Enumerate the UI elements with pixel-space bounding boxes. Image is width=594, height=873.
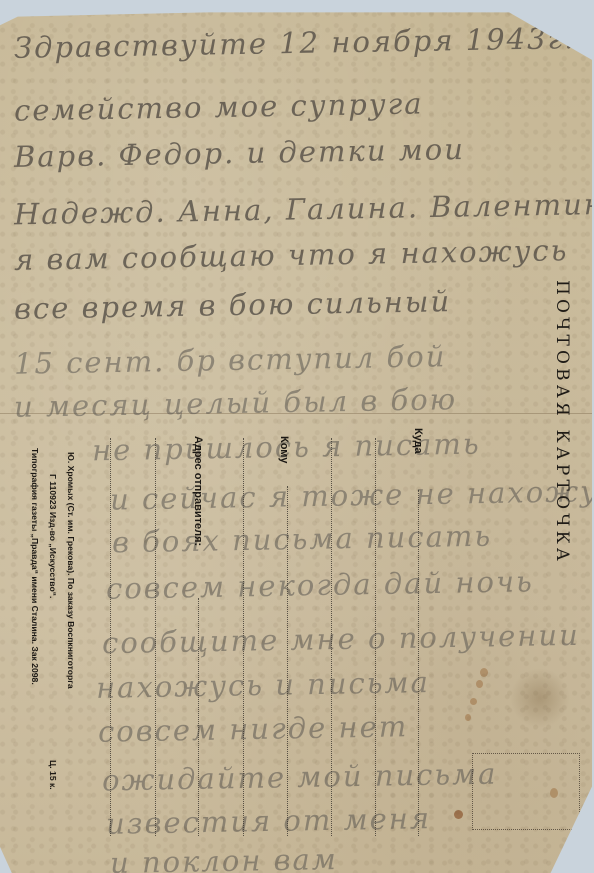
address-line bbox=[331, 438, 332, 836]
field-label-where: Куда bbox=[412, 428, 424, 454]
address-line bbox=[375, 438, 376, 836]
field-label-sender-address: Адрес отправителя: bbox=[192, 436, 204, 546]
postcard-title: ПОЧТОВАЯ КАРТОЧКА bbox=[552, 280, 572, 565]
stain bbox=[480, 668, 488, 677]
handwriting-line: совсем некогда дай ночь bbox=[106, 564, 534, 605]
stain bbox=[465, 714, 471, 721]
imprint-line-1: Ю. Хромых (Ст. им. Грекова). По заказу В… bbox=[66, 452, 76, 689]
handwriting-line: в боях письма писать bbox=[112, 519, 493, 560]
handwriting-line: все время в бою сильный bbox=[14, 284, 452, 326]
handwriting-line: Надежд. Анна, Галина. Валентина bbox=[14, 187, 594, 232]
handwriting-line: я вам сообщаю что я нахожусь bbox=[14, 233, 569, 277]
handwriting-line: и сейчас я тоже не нахожусь bbox=[110, 473, 594, 516]
address-line bbox=[243, 438, 244, 836]
handwriting-line: 15 сент. бр вступил бой bbox=[14, 339, 447, 381]
address-line bbox=[110, 438, 111, 836]
address-line bbox=[287, 486, 288, 836]
discoloration bbox=[510, 668, 570, 728]
stain bbox=[476, 680, 483, 688]
field-label-to-whom: Кому bbox=[278, 436, 290, 463]
handwriting-line: нахожусь и письма bbox=[96, 665, 430, 705]
address-line bbox=[418, 490, 419, 836]
handwriting-line: ожидайте мой письма bbox=[102, 757, 498, 798]
stain bbox=[470, 698, 477, 705]
imprint-line-3: Типография газеты „Правда“ имени Сталина… bbox=[30, 448, 40, 685]
handwriting-line: Варв. Федор. и детки мои bbox=[14, 132, 465, 174]
stain bbox=[454, 810, 463, 819]
imprint-line-2: Г 110923 Изд-во „Искусство“. bbox=[48, 474, 58, 598]
postcard: Здравствуйте 12 ноября 1943г. семейство … bbox=[0, 8, 592, 873]
stamp-box bbox=[472, 753, 580, 830]
address-line bbox=[198, 598, 199, 836]
handwriting-line: семейство мое супруга bbox=[14, 86, 424, 127]
handwriting-line: Здравствуйте 12 ноября 1943г. bbox=[14, 21, 576, 65]
handwriting-line: совсем нигде нет bbox=[98, 709, 409, 748]
handwriting-line: и месяц целый был в бою bbox=[14, 382, 458, 424]
handwriting-line: и поклон вам bbox=[110, 842, 338, 873]
address-line bbox=[155, 438, 156, 836]
stain bbox=[550, 788, 558, 798]
handwriting-line: сообщите мне о получении bbox=[102, 618, 580, 660]
imprint-price: Ц. 15 к. bbox=[48, 760, 58, 790]
